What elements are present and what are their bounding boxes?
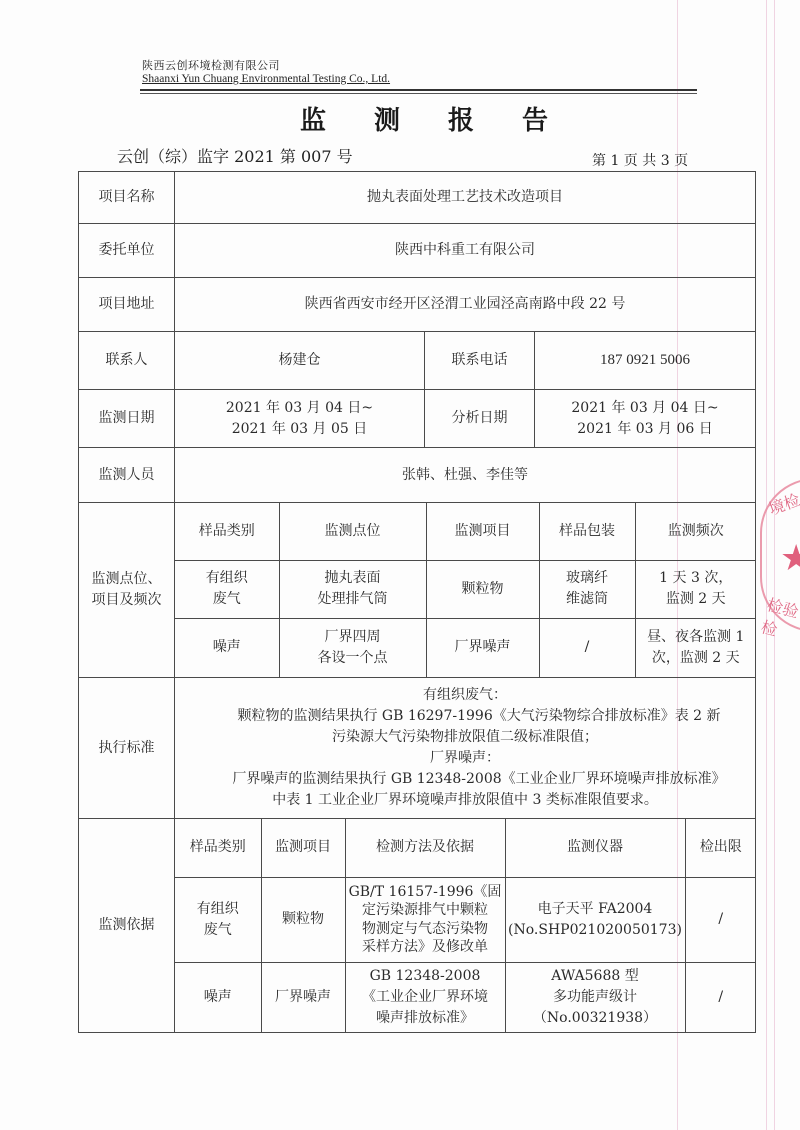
cell-line: GB 12348-2008 [346,966,505,987]
detection-limit: / [685,962,756,1032]
monitoring-subtable-cell: 样品类别 监测点位 监测项目 样品包装 监测频次 有组织废气 抛丸表面处理排气筒… [175,503,756,678]
col-header: 监测项目 [426,503,539,560]
row-basis: 监测依据 样品类别 监测项目 检测方法及依据 监测仪器 检出限 有组织废气 颗粒… [79,819,756,1033]
instrument: 电子天平 FA2004(No.SHP021020050173) [505,877,685,962]
cell-line: 玻璃纤 [540,568,635,589]
monitoring-item: 厂界噪声 [426,618,539,677]
row-client: 委托单位 陕西中科重工有限公司 [79,224,756,278]
standards-line: 颗粒物的监测结果执行 GB 16297-1996《大气污染物综合排放标准》表 2… [175,706,755,727]
phone-value: 187 0921 5006 [535,332,756,390]
cell-line: 昼、夜各监测 1 [636,627,757,648]
cell-line: 次，监测 2 天 [636,648,757,669]
staff-value: 张韩、杜强、李佳等 [175,448,756,503]
title-char: 测 [374,100,400,137]
col-header: 监测点位 [279,503,426,560]
cell-line: 厂界四周 [280,627,426,648]
col-header: 样品包装 [539,503,635,560]
seal-star-icon: ★ [780,538,800,579]
instrument: AWA5688 型 多功能声级计 （No.00321938） [505,962,685,1032]
test-method: GB 12348-2008 《工业企业厂界环境 噪声排放标准》 [345,962,505,1032]
standards-line: 有组织废气： [175,685,755,706]
report-title: 监测报告 [300,100,548,137]
cell-line: 维滤筒 [540,589,635,610]
sample-package: / [539,618,635,677]
col-header: 监测频次 [635,503,756,560]
monitoring-frequency: 昼、夜各监测 1次，监测 2 天 [635,618,756,677]
monitoring-item: 厂界噪声 [261,962,345,1032]
cell-line: 处理排气筒 [280,589,426,610]
cell-line: 1 天 3 次， [636,568,757,589]
standards-label: 执行标准 [79,678,175,819]
company-name-cn: 陕西云创环境检测有限公司 [142,57,280,73]
report-table: 项目名称 抛丸表面处理工艺技术改造项目 委托单位 陕西中科重工有限公司 项目地址… [78,171,756,1033]
monitor-date-label: 监测日期 [79,390,175,448]
standards-line: 厂界噪声： [175,748,755,769]
client-label: 委托单位 [79,224,175,278]
basis-subtable-cell: 样品类别 监测项目 检测方法及依据 监测仪器 检出限 有组织废气 颗粒物 GB/… [175,819,756,1033]
basis-header-row: 样品类别 监测项目 检测方法及依据 监测仪器 检出限 [175,819,756,877]
table-row: 噪声 厂界四周各设一个点 厂界噪声 / 昼、夜各监测 1次，监测 2 天 [175,618,756,677]
col-header: 检出限 [685,819,756,877]
col-header: 样品类别 [175,503,279,560]
row-dates: 监测日期 2021 年 03 月 04 日~ 2021 年 03 月 05 日 … [79,390,756,448]
cell-line: 《工业企业厂界环境 [346,987,505,1008]
cell-line: 各设一个点 [280,648,426,669]
cell-line: (No.SHP021020050173) [506,920,685,941]
monitoring-item: 颗粒物 [261,877,345,962]
analysis-date-from: 2021 年 03 月 04 日~ [535,398,755,419]
address-label: 项目地址 [79,278,175,332]
header-rule [140,89,697,91]
basis-subtable: 样品类别 监测项目 检测方法及依据 监测仪器 检出限 有组织废气 颗粒物 GB/… [175,819,756,1032]
document-number: 云创（综）监字 2021 第 007 号 [117,144,353,167]
title-char: 监 [300,100,326,137]
table-row: 噪声 厂界噪声 GB 12348-2008 《工业企业厂界环境 噪声排放标准》 … [175,962,756,1032]
monitoring-label: 监测点位、 项目及频次 [79,503,175,678]
sample-category: 有组织废气 [175,877,261,962]
cell-line: 采样方法》及修改单 [346,938,505,956]
monitoring-header-row: 样品类别 监测点位 监测项目 样品包装 监测频次 [175,503,756,560]
monitoring-subtable: 样品类别 监测点位 监测项目 样品包装 监测频次 有组织废气 抛丸表面处理排气筒… [175,503,756,677]
test-method: GB/T 16157-1996《固 定污染源排气中颗粒 物测定与气态污染物 采样… [345,877,505,962]
monitoring-point: 抛丸表面处理排气筒 [279,560,426,618]
analysis-date-value: 2021 年 03 月 04 日~ 2021 年 03 月 06 日 [535,390,756,448]
cell-line: 物测定与气态污染物 [346,920,505,938]
monitor-date-value: 2021 年 03 月 04 日~ 2021 年 03 月 05 日 [175,390,425,448]
analysis-date-to: 2021 年 03 月 06 日 [535,419,755,440]
analysis-date-label: 分析日期 [425,390,535,448]
contact-label: 联系人 [79,332,175,390]
cell-line: 有组织 [175,568,279,589]
phone-label: 联系电话 [425,332,535,390]
row-standards: 执行标准 有组织废气： 颗粒物的监测结果执行 GB 16297-1996《大气污… [79,678,756,819]
row-address: 项目地址 陕西省西安市经开区泾渭工业园泾高南路中段 22 号 [79,278,756,332]
row-staff: 监测人员 张韩、杜强、李佳等 [79,448,756,503]
staff-label: 监测人员 [79,448,175,503]
cell-line: GB/T 16157-1996《固 [346,883,505,901]
client-value: 陕西中科重工有限公司 [175,224,756,278]
page-indicator: 第 1 页 共 3 页 [592,150,688,170]
row-monitoring: 监测点位、 项目及频次 样品类别 监测点位 监测项目 样品包装 监测频次 有组织… [79,503,756,678]
cell-line: 废气 [175,920,261,941]
cell-line: 抛丸表面 [280,568,426,589]
table-row: 有组织废气 颗粒物 GB/T 16157-1996《固 定污染源排气中颗粒 物测… [175,877,756,962]
cell-line: 电子天平 FA2004 [506,899,685,920]
contact-value: 杨建仓 [175,332,425,390]
title-char: 报 [448,100,474,137]
standards-line: 污染源大气污染物排放限值二级标准限值； [175,727,755,748]
company-name-en: Shaanxi Yun Chuang Environmental Testing… [142,73,390,85]
monitoring-label-line: 项目及频次 [79,590,174,611]
title-char: 告 [522,100,548,137]
sample-category: 噪声 [175,618,279,677]
project-name-label: 项目名称 [79,172,175,224]
cell-line: 废气 [175,589,279,610]
table-row: 有组织废气 抛丸表面处理排气筒 颗粒物 玻璃纤维滤筒 1 天 3 次，监测 2 … [175,560,756,618]
col-header: 样品类别 [175,819,261,877]
row-contact: 联系人 杨建仓 联系电话 187 0921 5006 [79,332,756,390]
sample-category: 有组织废气 [175,560,279,618]
standards-line: 厂界噪声的监测结果执行 GB 12348-2008《工业企业厂界环境噪声排放标准… [175,769,755,790]
monitoring-point: 厂界四周各设一个点 [279,618,426,677]
monitoring-label-line: 监测点位、 [79,569,174,590]
address-value: 陕西省西安市经开区泾渭工业园泾高南路中段 22 号 [175,278,756,332]
col-header: 监测项目 [261,819,345,877]
monitor-date-from: 2021 年 03 月 04 日~ [175,398,424,419]
monitor-date-to: 2021 年 03 月 05 日 [175,419,424,440]
cell-line: 监测 2 天 [636,589,757,610]
cell-line: 噪声排放标准》 [346,1008,505,1029]
monitoring-frequency: 1 天 3 次，监测 2 天 [635,560,756,618]
detection-limit: / [685,877,756,962]
cell-line: AWA5688 型 [506,966,685,987]
sample-package: 玻璃纤维滤筒 [539,560,635,618]
standards-line: 中表 1 工业企业厂界环境噪声排放限值中 3 类标准限值要求。 [175,790,755,811]
cell-line: 多功能声级计 [506,987,685,1008]
monitoring-item: 颗粒物 [426,560,539,618]
basis-label: 监测依据 [79,819,175,1033]
header-rule-thin [140,93,697,94]
cell-line: 有组织 [175,899,261,920]
standards-text: 有组织废气： 颗粒物的监测结果执行 GB 16297-1996《大气污染物综合排… [175,678,756,819]
col-header: 检测方法及依据 [345,819,505,877]
project-name-value: 抛丸表面处理工艺技术改造项目 [175,172,756,224]
cell-line: （No.00321938） [506,1008,685,1029]
col-header: 监测仪器 [505,819,685,877]
row-project-name: 项目名称 抛丸表面处理工艺技术改造项目 [79,172,756,224]
sample-category: 噪声 [175,962,261,1032]
cell-line: 定污染源排气中颗粒 [346,901,505,919]
